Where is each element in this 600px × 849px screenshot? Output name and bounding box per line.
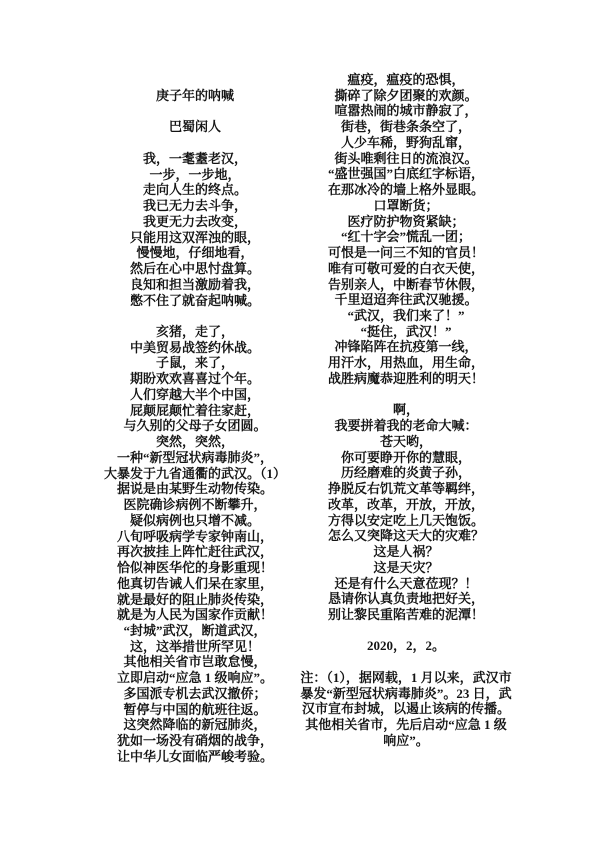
poem-stanzas-left: 我，一耄耋老汉，一步，一步地，走向人生的终点。我已无力去斗争，我更无力去改变，只…: [70, 151, 320, 765]
poem-stanzas-right: 瘟疫，瘟疫的恐惧，撕碎了除夕团聚的欢颜。喧嚣热闹的城市静寂了，街巷，街巷条条空了…: [296, 72, 516, 623]
poem-line: 恰似神医华佗的身影重现！: [70, 560, 320, 576]
poem-line: 你可要睁开你的慧眼，: [296, 450, 516, 466]
poem-line: 唯有可敬可爱的白衣天使，: [296, 261, 516, 277]
poem-stanza: 我，一耄耋老汉，一步，一步地，走向人生的终点。我已无力去斗争，我更无力去改变，只…: [70, 151, 320, 308]
poem-line: 人们穿越大半个中国，: [70, 387, 320, 403]
poem-line: 然后在心中思忖盘算。: [70, 261, 320, 277]
poem-title: 庚子年的呐喊: [70, 88, 320, 104]
poem-line: 我更无力去改变，: [70, 214, 320, 230]
poem-line: 医疗防护物资紧缺；: [296, 214, 516, 230]
poem-line: 亥猪，走了，: [70, 324, 320, 340]
poem-line: 怎么又突降这天大的灾难？: [296, 528, 516, 544]
poem-line: 这是天灾？: [296, 560, 516, 576]
poem-line: 改革，改革，开放，开放，: [296, 497, 516, 513]
poem-line: 挣脱反右饥荒文革等羁绊，: [296, 481, 516, 497]
poem-line: 喧嚣热闹的城市静寂了，: [296, 103, 516, 119]
poem-line: 一步，一步地，: [70, 167, 320, 183]
poem-line: 憋不住了就奋起呐喊。: [70, 293, 320, 309]
poem-line: 瘟疫，瘟疫的恐惧，: [296, 72, 516, 88]
poem-line: 再次披挂上阵忙赶往武汉，: [70, 544, 320, 560]
spacer: [70, 135, 320, 151]
poem-line: 期盼欢欢喜喜过个年。: [70, 371, 320, 387]
poem-line: 暂停与中国的航班往返。: [70, 702, 320, 718]
poem-line: 据说是由某野生动物传染。: [70, 481, 320, 497]
poem-line: 苍天哟，: [296, 434, 516, 450]
poem-line: 其他相关省市，先后启动“应急 1 级: [296, 717, 516, 733]
poem-line: 恳请你认真负责地把好关，: [296, 591, 516, 607]
poem-line: 子鼠，来了，: [70, 355, 320, 371]
poem-line: 可恨是一问三不知的官员！: [296, 245, 516, 261]
poem-line: 我已无力去斗争，: [70, 198, 320, 214]
poem-line: 只能用这双浑浊的眼，: [70, 230, 320, 246]
poem-line: 其他相关省市岂敢怠慢，: [70, 654, 320, 670]
poem-line: 他真切告诫人们呆在家里，: [70, 576, 320, 592]
poem-author: 巴蜀闲人: [70, 119, 320, 135]
poem-line: 疑似病例也只增不减。: [70, 513, 320, 529]
poem-line: 八旬呼吸病学专家钟南山，: [70, 529, 320, 545]
poem-line: 方得以安定吃上几天饱饭。: [296, 513, 516, 529]
poem-line: “盛世强国”白底红字标语，: [296, 166, 516, 182]
poem-line: 历经磨难的炎黄子孙，: [296, 465, 516, 481]
poem-line: 千里迢迢奔往武汉驰援。: [296, 292, 516, 308]
poem-left-column: 庚子年的呐喊 巴蜀闲人 我，一耄耋老汉，一步，一步地，走向人生的终点。我已无力去…: [70, 88, 320, 765]
poem-line: 良知和担当激励着我，: [70, 277, 320, 293]
poem-right-column: 瘟疫，瘟疫的恐惧，撕碎了除夕团聚的欢颜。喧嚣热闹的城市静寂了，街巷，街巷条条空了…: [296, 72, 516, 749]
poem-line: 暴发“新型冠状病毒肺炎”。23 日，武: [296, 686, 516, 702]
poem-line: 注：（1），据网载，1 月以来，武汉市: [296, 670, 516, 686]
poem-line: 人少车稀，野狗乱窜，: [296, 135, 516, 151]
poem-line: 告别亲人，中断春节休假，: [296, 277, 516, 293]
poem-line: 别让黎民重陷苦难的泥潭！: [296, 607, 516, 623]
poem-line: 用汗水，用热血，用生命，: [296, 355, 516, 371]
poem-line: 突然，突然，: [70, 434, 320, 450]
poem-line: 这突然降临的新冠肺炎，: [70, 717, 320, 733]
poem-line: 就是最好的阻止肺炎传染，: [70, 592, 320, 608]
poem-line: 中美贸易战签约休战。: [70, 340, 320, 356]
poem-stanza: 亥猪，走了，中美贸易战签约休战。子鼠，来了，期盼欢欢喜喜过个年。人们穿越大半个中…: [70, 324, 320, 765]
poem-line: 冲锋陷阵在抗疫第一线，: [296, 339, 516, 355]
poem-line: 街头唯剩往日的流浪汉。: [296, 151, 516, 167]
poem-line: 立即启动“应急 1 级响应”。: [70, 670, 320, 686]
poem-line: 这，这举措世所罕见！: [70, 639, 320, 655]
spacer: [296, 654, 516, 670]
poem-line: 屁颠屁颠忙着往家赶，: [70, 403, 320, 419]
poem-line: 撕碎了除夕团聚的欢颜。: [296, 88, 516, 104]
poem-line: 多国派专机去武汉撤侨；: [70, 686, 320, 702]
poem-line: 慢慢地，仔细地看，: [70, 245, 320, 261]
poem-stanza: 啊，我要拼着我的老命大喊：苍天哟，你可要睁开你的慧眼，历经磨难的炎黄子孙，挣脱反…: [296, 402, 516, 622]
poem-line: 啊，: [296, 402, 516, 418]
poem-line: 响应”。: [296, 733, 516, 749]
poem-line: 汉市宣布封城，以遏止该病的传播。: [296, 701, 516, 717]
poem-line: 我，一耄耋老汉，: [70, 151, 320, 167]
poem-line: 犹如一场没有硝烟的战争，: [70, 733, 320, 749]
spacer: [296, 623, 516, 639]
poem-line: “挺住，武汉！”: [296, 324, 516, 340]
poem-line: 这是人祸？: [296, 544, 516, 560]
poem-line: 与久别的父母子女团圆。: [70, 418, 320, 434]
footnote: 注：（1），据网载，1 月以来，武汉市暴发“新型冠状病毒肺炎”。23 日，武汉市…: [296, 670, 516, 749]
poem-line: 口罩断货；: [296, 198, 516, 214]
poem-line: 战胜病魔恭迎胜利的明天！: [296, 371, 516, 387]
poem-line: 就是为人民为国家作贡献！: [70, 607, 320, 623]
poem-line: 我要拼着我的老命大喊：: [296, 418, 516, 434]
poem-line: 让中华儿女面临严峻考验。: [70, 749, 320, 765]
poem-line: 走向人生的终点。: [70, 182, 320, 198]
poem-line: 街巷，街巷条条空了，: [296, 119, 516, 135]
poem-line: “武汉，我们来了！”: [296, 308, 516, 324]
poem-line: “红十字会”慌乱一团；: [296, 229, 516, 245]
poem-stanza: 瘟疫，瘟疫的恐惧，撕碎了除夕团聚的欢颜。喧嚣热闹的城市静寂了，街巷，街巷条条空了…: [296, 72, 516, 387]
poem-line: 大暴发于九省通衢的武汉。（1）: [70, 466, 320, 482]
poem-line: 还是有什么天意莅现？！: [296, 576, 516, 592]
document-page: 庚子年的呐喊 巴蜀闲人 我，一耄耋老汉，一步，一步地，走向人生的终点。我已无力去…: [0, 0, 600, 849]
poem-line: 医院确诊病例不断攀升，: [70, 497, 320, 513]
poem-line: 一种“新型冠状病毒肺炎”，: [70, 450, 320, 466]
poem-line: 在那冰冷的墙上格外显眼。: [296, 182, 516, 198]
poem-date: 2020，2，2。: [296, 638, 516, 654]
spacer: [70, 104, 320, 120]
poem-line: “封城”武汉，断道武汉，: [70, 623, 320, 639]
